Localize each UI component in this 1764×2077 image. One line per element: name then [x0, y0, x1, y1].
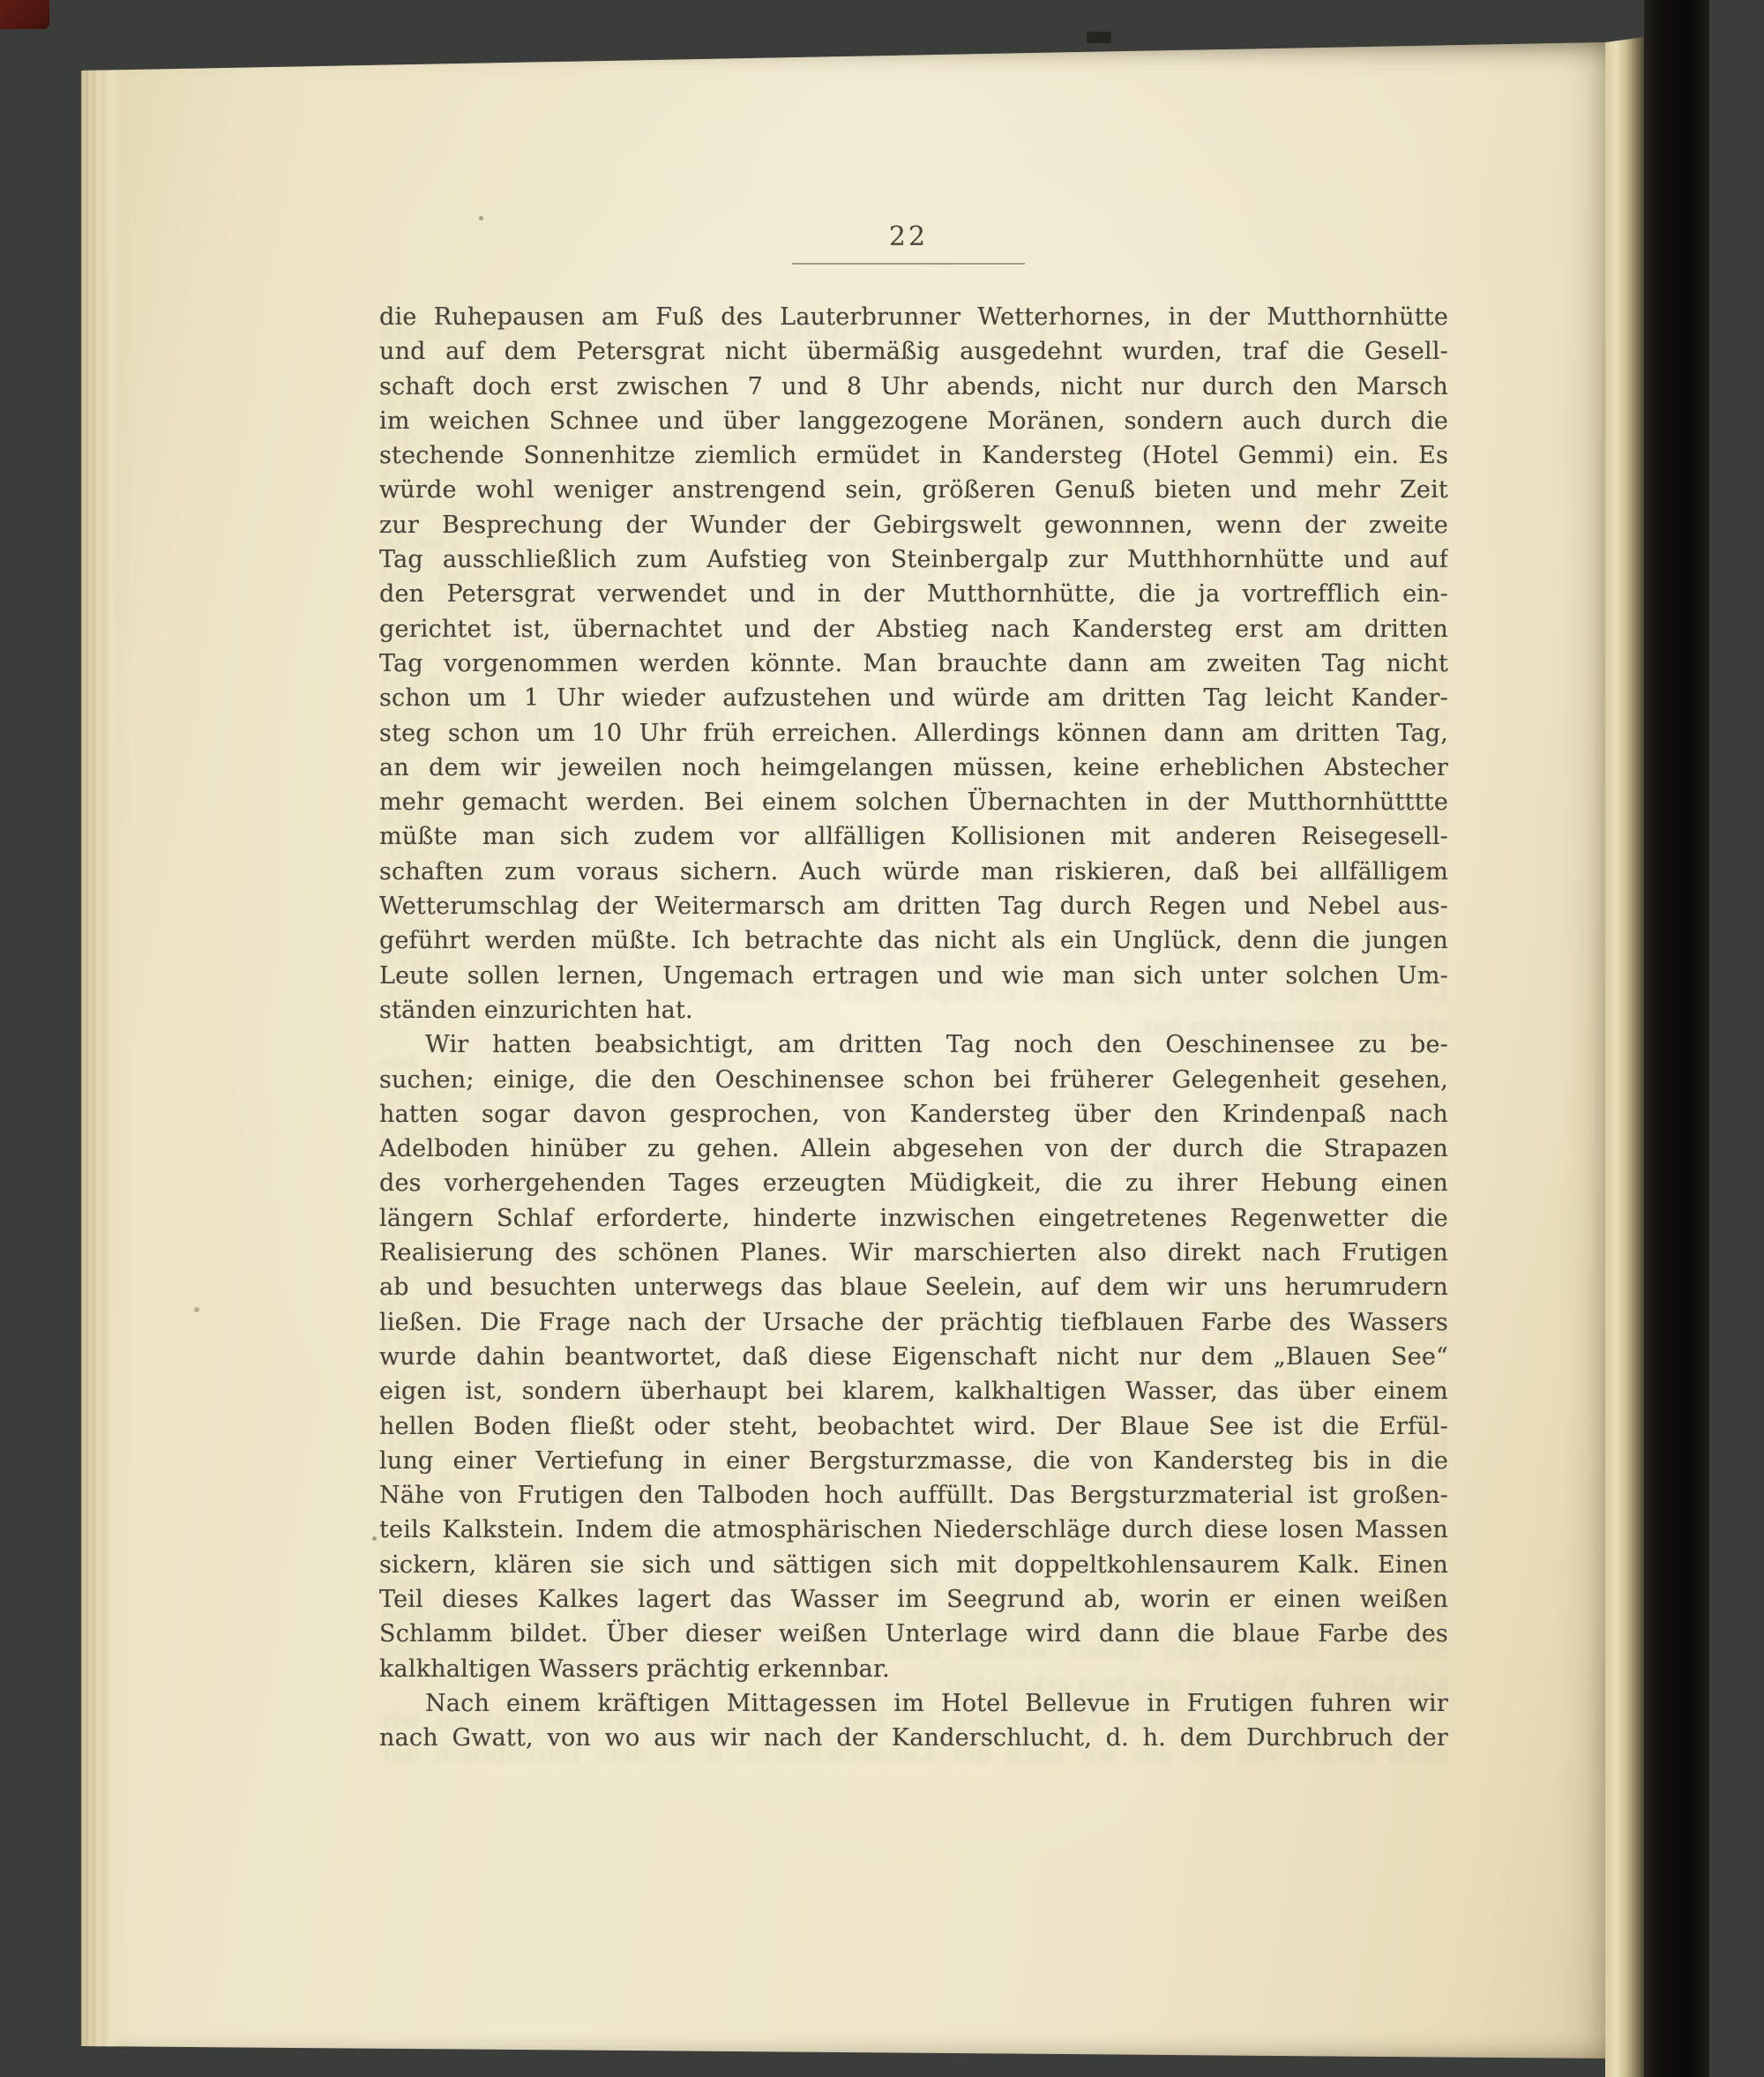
- text-line: Adelboden hinüber zu gehen. Allein abges…: [379, 1132, 1448, 1166]
- text-line: mehr gemacht werden. Bei einem solchen Ü…: [379, 785, 1448, 819]
- text-line: gerichtet ist, übernachtet und der Absti…: [379, 612, 1448, 646]
- paper-speck: [479, 216, 483, 220]
- text-line: eigen ist, sondern überhaupt bei klarem,…: [379, 1374, 1448, 1408]
- text-line: stechende Sonnenhitze ziemlich ermüdet i…: [379, 438, 1448, 473]
- paper-speck: [194, 1307, 199, 1312]
- text-line: schon um 1 Uhr wieder aufzustehen und wü…: [379, 681, 1448, 715]
- scanned-book-photo: { "page": { "number": "22", "paragraphs"…: [0, 0, 1764, 2077]
- text-line: müßte man sich zudem vor allfälligen Kol…: [379, 819, 1448, 854]
- text-line: schaften zum voraus sichern. Auch würde …: [379, 855, 1448, 889]
- text-line: geführt werden müßte. Ich betrachte das …: [379, 923, 1448, 958]
- text-line: Nähe von Frutigen den Talboden hoch auff…: [379, 1478, 1448, 1513]
- text-line: hellen Boden fließt oder steht, beobacht…: [379, 1409, 1448, 1444]
- red-corner-artifact: [0, 0, 49, 29]
- text-line: und auf dem Petersgrat nicht übermäßig a…: [379, 334, 1448, 369]
- text-line: nach Gwatt, von wo aus wir nach der Kand…: [379, 1721, 1448, 1755]
- text-line: steg schon um 10 Uhr früh erreichen. All…: [379, 716, 1448, 751]
- text-line: teils Kalkstein. Indem die atmosphärisch…: [379, 1513, 1448, 1547]
- book-page: 22 die Ruhepausen am Fuß des Lauterbrunn…: [81, 42, 1605, 2064]
- text-line: hatten sogar davon gesprochen, von Kande…: [379, 1097, 1448, 1132]
- text-line: den Petersgrat verwendet und in der Mutt…: [379, 577, 1448, 611]
- text-line: Tag ausschließlich zum Aufstieg von Stei…: [379, 542, 1448, 577]
- text-line: wurde dahin beantwortet, daß diese Eigen…: [379, 1340, 1448, 1374]
- page-number-rule: [792, 263, 1025, 265]
- text-line: kalkhaltigen Wassers prächtig erkennbar.: [379, 1652, 1448, 1686]
- text-line: zur Besprechung der Wunder der Gebirgswe…: [379, 508, 1448, 542]
- binding-mark: [1087, 32, 1111, 43]
- text-line: Wir hatten beabsichtigt, am dritten Tag …: [379, 1027, 1448, 1062]
- page-number: 22: [792, 221, 1025, 252]
- text-line: Leute sollen lernen, Ungemach ertragen u…: [379, 959, 1448, 993]
- text-line: des vorhergehenden Tages erzeugten Müdig…: [379, 1166, 1448, 1200]
- text-line: längern Schlaf erforderte, hinderte inzw…: [379, 1201, 1448, 1236]
- text-line: ständen einzurichten hat.: [379, 993, 1448, 1027]
- text-line: ließen. Die Frage nach der Ursache der p…: [379, 1305, 1448, 1340]
- text-line: an dem wir jeweilen noch heimgelangen mü…: [379, 751, 1448, 785]
- adjacent-page-edge: [1605, 37, 1644, 2077]
- text-line: Tag vorgenommen werden könnte. Man brauc…: [379, 646, 1448, 681]
- text-line: ab und besuchten unterwegs das blaue See…: [379, 1270, 1448, 1304]
- text-line: im weichen Schnee und über langgezogene …: [379, 404, 1448, 438]
- text-line: schaft doch erst zwischen 7 und 8 Uhr ab…: [379, 370, 1448, 404]
- text-line: Schlamm bildet. Über dieser weißen Unter…: [379, 1617, 1448, 1651]
- text-line: würde wohl weniger anstrengend sein, grö…: [379, 473, 1448, 507]
- text-line: Wetterumschlag der Weitermarsch am dritt…: [379, 889, 1448, 923]
- book-spine: [1644, 0, 1709, 2077]
- text-line: die Ruhepausen am Fuß des Lauterbrunner …: [379, 300, 1448, 334]
- page-text: die Ruhepausen am Fuß des Lauterbrunner …: [379, 300, 1448, 1755]
- text-line: Teil dieses Kalkes lagert das Wasser im …: [379, 1582, 1448, 1617]
- text-line: lung einer Vertiefung in einer Bergsturz…: [379, 1444, 1448, 1478]
- text-line: suchen; einige, die den Oeschinensee sch…: [379, 1063, 1448, 1097]
- text-line: Realisierung des schönen Planes. Wir mar…: [379, 1236, 1448, 1270]
- paper-speck: [372, 1536, 377, 1541]
- text-line: sickern, klären sie sich und sättigen si…: [379, 1548, 1448, 1582]
- page-stack-edges: [81, 42, 122, 2064]
- text-line: Nach einem kräftigen Mittagessen im Hote…: [379, 1686, 1448, 1721]
